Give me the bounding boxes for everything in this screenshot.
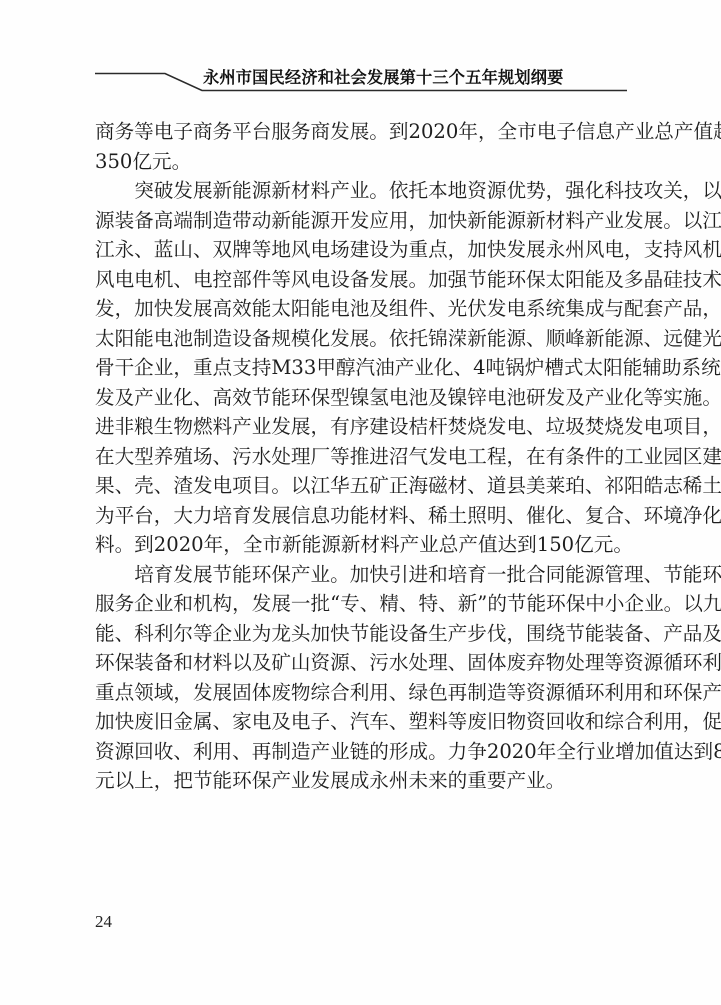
text-line: 商务等电子商务平台服务商发展。到2020年，全市电子信息产业总产值超过	[95, 117, 629, 147]
body-text: 商务等电子商务平台服务商发展。到2020年，全市电子信息产业总产值超过 350亿…	[95, 117, 629, 796]
text-line: 350亿元。	[95, 147, 629, 177]
text-line: 骨干企业，重点支持M33甲醇汽油产业化、4吨锅炉槽式太阳能辅助系统的研	[95, 353, 629, 383]
page-number: 24	[95, 912, 112, 932]
paragraph-new-energy-materials: 突破发展新能源新材料产业。依托本地资源优势，强化科技攻关，以新能 源装备高端制造…	[95, 176, 629, 560]
text-line: 源装备高端制造带动新能源开发应用，加快新能源新材料产业发展。以江华、	[95, 206, 629, 236]
text-line: 发，加快发展高效能太阳能电池及组件、光伏发电系统集成与配套产品，促进	[95, 294, 629, 324]
document-page: 永州市国民经济和社会发展第十三个五年规划纲要 商务等电子商务平台服务商发展。到2…	[0, 0, 721, 1005]
header-rule-decoration	[0, 0, 721, 110]
text-line: 服务企业和机构，发展一批“专、精、特、新”的节能环保中小企业。以九恒空气	[95, 589, 629, 619]
text-line: 为平台，大力培育发展信息功能材料、稀土照明、催化、复合、环境净化等新材	[95, 501, 629, 531]
text-line: 重点领域，发展固体废物综合利用、绿色再制造等资源循环利用和环保产业。	[95, 678, 629, 708]
paragraph-energy-saving-environmental: 培育发展节能环保产业。加快引进和培育一批合同能源管理、节能环保 服务企业和机构，…	[95, 560, 629, 796]
text-line: 资源回收、利用、再制造产业链的形成。力争2020年全行业增加值达到80亿	[95, 737, 629, 767]
text-line: 环保装备和材料以及矿山资源、污水处理、固体废弃物处理等资源循环利用等	[95, 648, 629, 678]
text-line: 果、壳、渣发电项目。以江华五矿正海磁材、道县美莱珀、祁阳皓志稀土等企业	[95, 471, 629, 501]
paragraph-1: 商务等电子商务平台服务商发展。到2020年，全市电子信息产业总产值超过 350亿…	[95, 117, 629, 176]
text-line: 突破发展新能源新材料产业。依托本地资源优势，强化科技攻关，以新能	[95, 176, 629, 206]
text-line: 发及产业化、高效节能环保型镍氢电池及镍锌电池研发及产业化等实施。推	[95, 383, 629, 413]
text-line: 料。到2020年，全市新能源新材料产业总产值达到150亿元。	[95, 530, 629, 560]
text-line: 风电电机、电控部件等风电设备发展。加强节能环保太阳能及多晶硅技术开	[95, 265, 629, 295]
text-line: 培育发展节能环保产业。加快引进和培育一批合同能源管理、节能环保	[95, 560, 629, 590]
text-line: 江永、蓝山、双牌等地风电场建设为重点，加快发展永州风电，支持风机轴承、	[95, 235, 629, 265]
text-line: 加快废旧金属、家电及电子、汽车、塑料等废旧物资回收和综合利用，促进再生	[95, 707, 629, 737]
text-line: 元以上，把节能环保产业发展成永州未来的重要产业。	[95, 766, 629, 796]
text-line: 能、科利尔等企业为龙头加快节能设备生产步伐，围绕节能装备、产品及材料、	[95, 619, 629, 649]
text-line: 在大型养殖场、污水处理厂等推进沼气发电工程，在有条件的工业园区建设	[95, 442, 629, 472]
text-line: 进非粮生物燃料产业发展，有序建设桔杆焚烧发电、垃圾焚烧发电项目，试点	[95, 412, 629, 442]
text-line: 太阳能电池制造设备规模化发展。依托锦溁新能源、顺峰新能源、远健光能等	[95, 324, 629, 354]
running-head-title: 永州市国民经济和社会发展第十三个五年规划纲要	[203, 64, 564, 88]
